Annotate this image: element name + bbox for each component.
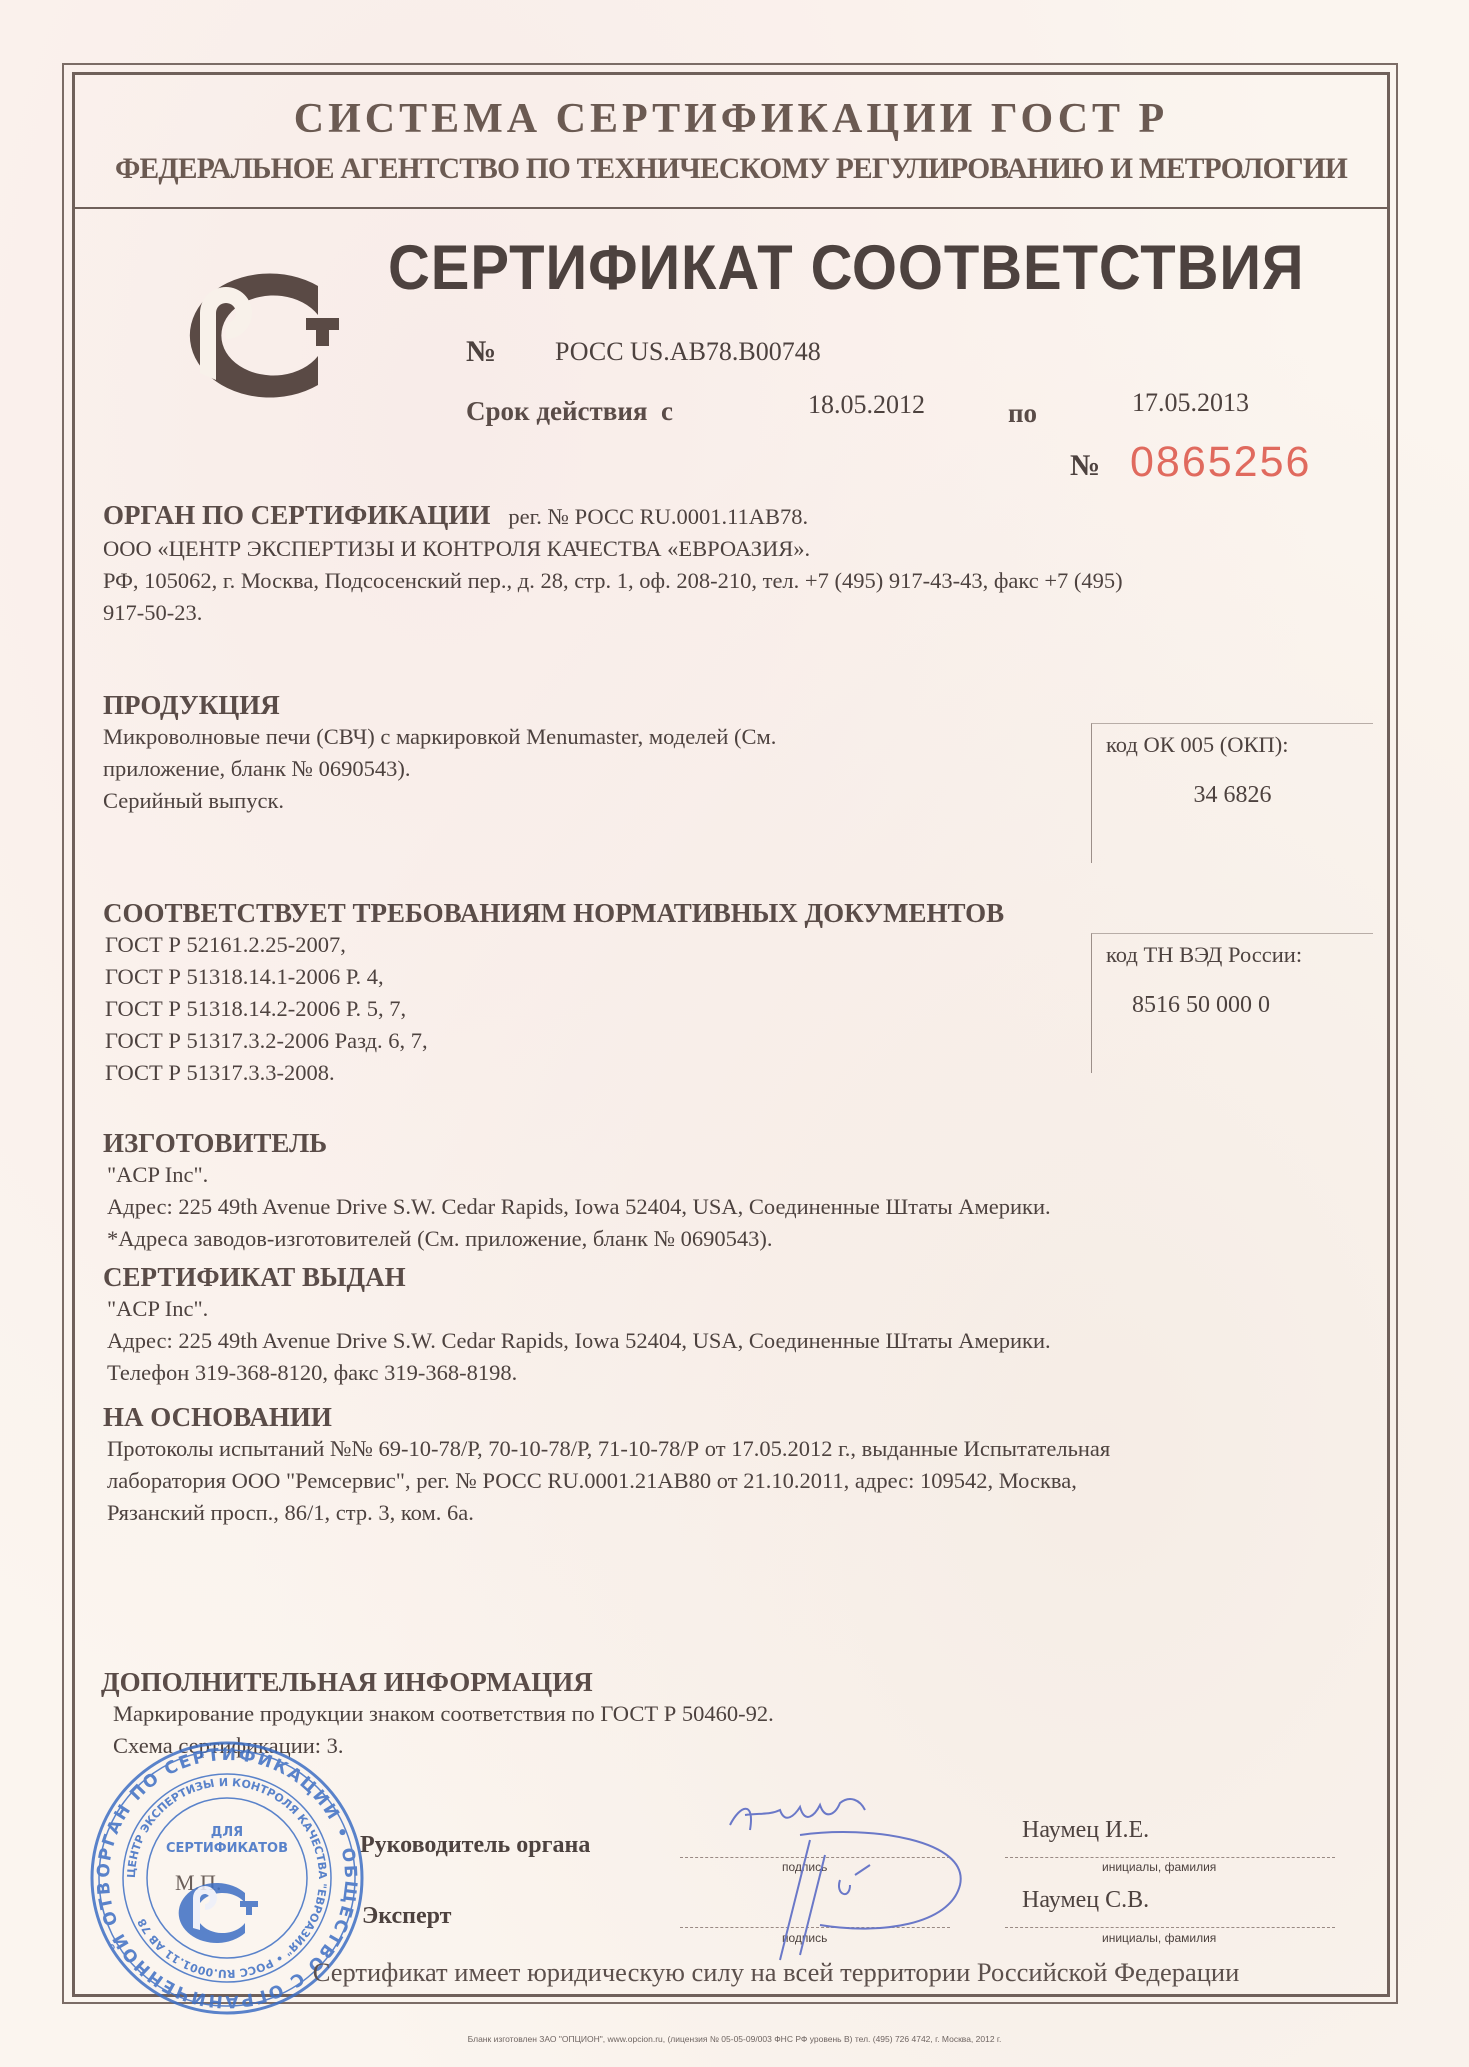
expert-name-line	[1005, 1927, 1335, 1928]
printer-imprint: Бланк изготовлен ЗАО "ОПЦИОН", www.opcio…	[0, 2034, 1469, 2044]
legal-validity-statement: Сертификат имеет юридическую силу на все…	[72, 1957, 1390, 1988]
system-title: СИСТЕМА СЕРТИФИКАЦИИ ГОСТ Р	[72, 95, 1390, 143]
manufacturer-line: Адрес: 225 49th Avenue Drive S.W. Cedar …	[107, 1191, 1383, 1223]
standard-item: ГОСТ Р 51318.14.1-2006 Р. 4,	[105, 961, 1083, 993]
standard-item: ГОСТ Р 52161.2.25-2007,	[105, 929, 1083, 961]
basis-line: Рязанский просп., 86/1, стр. 3, ком. 6а.	[107, 1497, 1383, 1529]
issued-to-line: Адрес: 225 49th Avenue Drive S.W. Cedar …	[107, 1325, 1383, 1357]
basis-line: Протоколы испытаний №№ 69-10-78/Р, 70-10…	[107, 1433, 1383, 1465]
valid-from-date: 18.05.2012	[808, 390, 925, 420]
tnved-code-label: код ТН ВЭД России:	[1106, 942, 1302, 968]
blank-serial-number: 0865256	[1130, 438, 1311, 487]
valid-to-date: 17.05.2013	[1132, 388, 1249, 418]
head-name-line	[1005, 1857, 1335, 1858]
basis-section: НА ОСНОВАНИИ Протоколы испытаний №№ 69-1…	[103, 1402, 1383, 1529]
validity-label: Срок действия с	[466, 396, 673, 427]
manufacturer-line: *Адреса заводов-изготовителей (См. прило…	[107, 1223, 1383, 1255]
certification-body-line: РФ, 105062, г. Москва, Подсосенский пер.…	[103, 565, 1383, 597]
valid-to-label: по	[1008, 398, 1037, 429]
issued-to-line: "ACP Inc".	[107, 1293, 1383, 1325]
manufacturer-line: "ACP Inc".	[107, 1159, 1383, 1191]
standard-item: ГОСТ Р 51317.3.2-2006 Разд. 6, 7,	[105, 1025, 1083, 1057]
additional-info-line: Маркирование продукции знаком соответств…	[113, 1698, 1381, 1730]
certification-body-heading: ОРГАН ПО СЕРТИФИКАЦИИ	[103, 500, 490, 530]
okp-code-label: код ОК 005 (ОКП):	[1106, 732, 1288, 758]
pct-conformity-mark-icon	[160, 268, 345, 403]
head-of-body-label: Руководитель органа	[360, 1832, 590, 1859]
manufacturer-heading: ИЗГОТОВИТЕЛЬ	[103, 1128, 1383, 1159]
stamp-center-line-1: ДЛЯ	[211, 1825, 243, 1840]
stamp-center-line-2: СЕРТИФИКАТОВ	[166, 1841, 288, 1856]
product-section: ПРОДУКЦИЯ Микроволновые печи (СВЧ) с мар…	[103, 690, 1083, 817]
standard-item: ГОСТ Р 51318.14.2-2006 Р. 5, 7,	[105, 993, 1083, 1025]
okp-code-value: 34 6826	[1092, 782, 1373, 809]
certificate-number: РОСС US.АВ78.В00748	[555, 337, 821, 367]
svg-text:ЦЕНТР ЭКСПЕРТИЗЫ И КОНТРОЛЯ КА: ЦЕНТР ЭКСПЕРТИЗЫ И КОНТРОЛЯ КАЧЕСТВА "ЕВ…	[125, 1776, 329, 1980]
additional-info-heading: ДОПОЛНИТЕЛЬНАЯ ИНФОРМАЦИЯ	[101, 1667, 1381, 1698]
certification-body-reg: рег. № РОСС RU.0001.11АВ78.	[508, 504, 808, 529]
number-sign: №	[466, 335, 496, 369]
head-name: Наумец И.Е.	[1022, 1817, 1149, 1844]
expert-name-caption: инициалы, фамилия	[1102, 1931, 1216, 1945]
certification-body-section: ОРГАН ПО СЕРТИФИКАЦИИрег. № РОСС RU.0001…	[103, 500, 1383, 629]
basis-heading: НА ОСНОВАНИИ	[103, 1402, 1383, 1433]
product-line: Микроволновые печи (СВЧ) с маркировкой M…	[103, 721, 1083, 753]
agency-name: ФЕДЕРАЛЬНОЕ АГЕНТСТВО ПО ТЕХНИЧЕСКОМУ РЕ…	[72, 153, 1390, 186]
certificate-title: СЕРТИФИКАТ СООТВЕТСТВИЯ	[388, 232, 1305, 304]
head-name-caption: инициалы, фамилия	[1102, 1860, 1216, 1874]
blank-number-sign: №	[1070, 449, 1100, 483]
certification-body-line: 917-50-23.	[103, 597, 1383, 629]
issued-to-line: Телефон 319-368-8120, факс 319-368-8198.	[107, 1357, 1383, 1389]
expert-label: Эксперт	[362, 1903, 451, 1930]
product-line: приложение, бланк № 0690543).	[103, 753, 1083, 785]
tnved-code-value: 8516 50 000 0	[1132, 992, 1270, 1019]
basis-line: лаборатория ООО "Ремсервис", рег. № РОСС…	[107, 1465, 1383, 1497]
expert-name: Наумец С.В.	[1022, 1887, 1149, 1914]
okp-code-box: код ОК 005 (ОКП): 34 6826	[1091, 723, 1373, 863]
conformity-section: СООТВЕТСТВУЕТ ТРЕБОВАНИЯМ НОРМАТИВНЫХ ДО…	[103, 898, 1083, 1089]
issued-to-section: СЕРТИФИКАТ ВЫДАН "ACP Inc". Адрес: 225 4…	[103, 1262, 1383, 1389]
header-separator	[72, 207, 1390, 209]
issued-to-heading: СЕРТИФИКАТ ВЫДАН	[103, 1262, 1383, 1293]
manufacturer-section: ИЗГОТОВИТЕЛЬ "ACP Inc". Адрес: 225 49th …	[103, 1128, 1383, 1255]
product-heading: ПРОДУКЦИЯ	[103, 690, 1083, 721]
handwritten-signatures-icon	[700, 1785, 1000, 1965]
stamp-inner-text: ЦЕНТР ЭКСПЕРТИЗЫ И КОНТРОЛЯ КАЧЕСТВА "ЕВ…	[125, 1776, 329, 1980]
certification-body-line: ООО «ЦЕНТР ЭКСПЕРТИЗЫ И КОНТРОЛЯ КАЧЕСТВ…	[103, 533, 1383, 565]
standard-item: ГОСТ Р 51317.3.3-2008.	[105, 1057, 1083, 1089]
product-line: Серийный выпуск.	[103, 785, 1083, 817]
conformity-heading: СООТВЕТСТВУЕТ ТРЕБОВАНИЯМ НОРМАТИВНЫХ ДО…	[103, 898, 1083, 929]
tnved-code-box: код ТН ВЭД России: 8516 50 000 0	[1091, 933, 1373, 1073]
